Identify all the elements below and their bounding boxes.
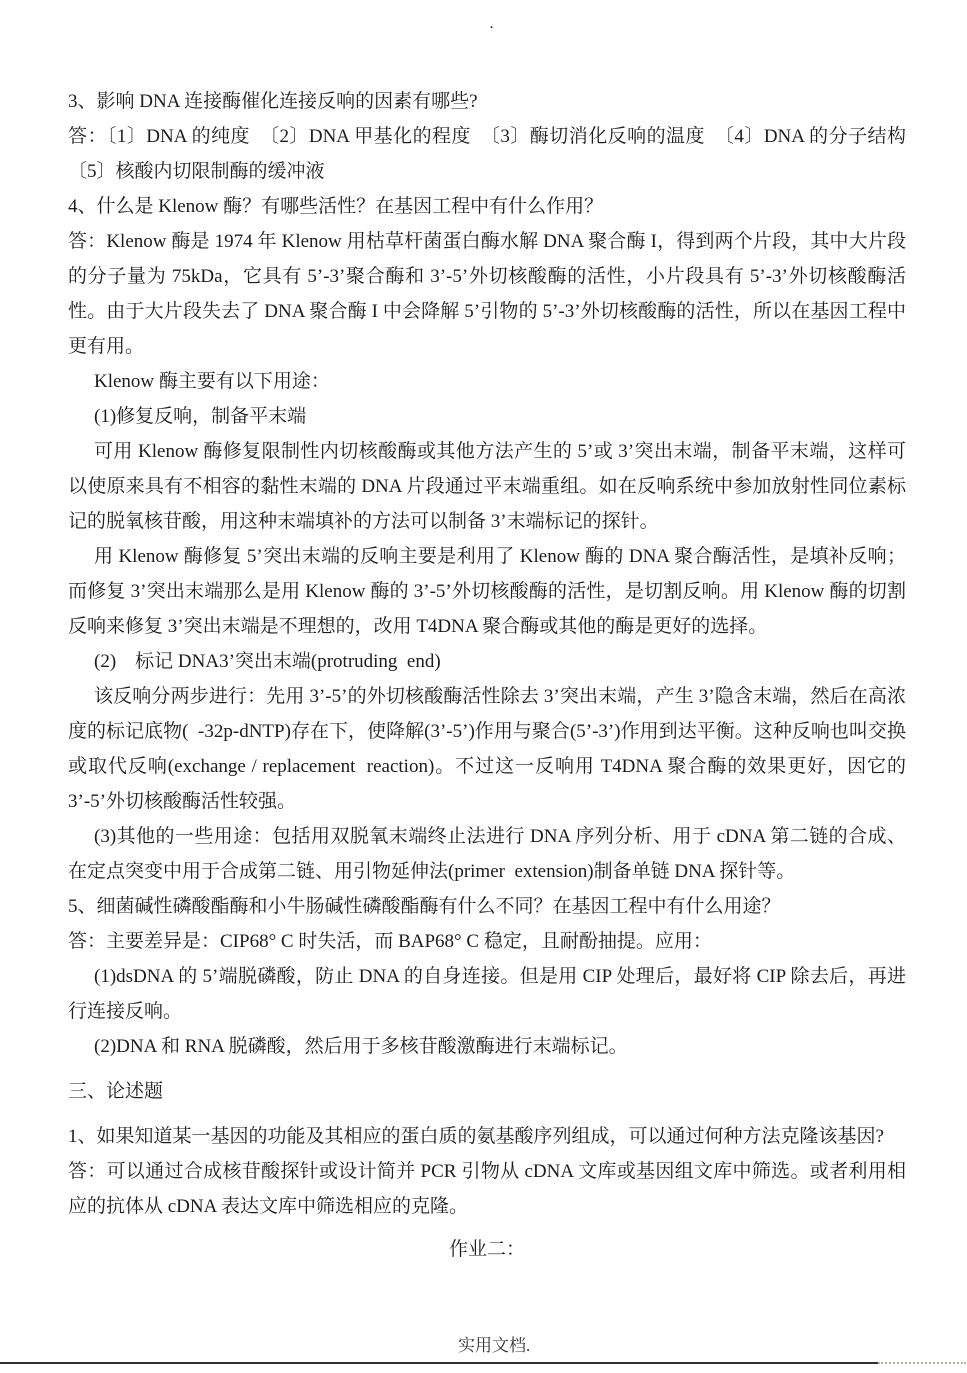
use-1-heading: (1)修复反响，制备平末端 — [68, 399, 906, 434]
question-5: 5、细菌碱性磷酸酯酶和小牛肠碱性磷酸酯酶有什么不同？在基因工程中有什么用途？ — [68, 889, 906, 924]
footer-rule — [0, 1362, 878, 1364]
essay-answer-1: 答：可以通过合成核苷酸探针或设计简并 PCR 引物从 cDNA 文库或基因组文库… — [68, 1154, 906, 1224]
answer-3: 答：〔1〕DNA 的纯度 〔2〕DNA 甲基化的程度 〔3〕酶切消化反响的温度 … — [68, 119, 906, 189]
document-body: 3、影响 DNA 连接酶催化连接反响的因素有哪些? 答：〔1〕DNA 的纯度 〔… — [68, 84, 906, 1267]
answer-4-intro: 答：Klenow 酶是 1974 年 Klenow 用枯草杆菌蛋白酶水解 DNA… — [68, 224, 906, 364]
use-1-body: 可用 Klenow 酶修复限制性内切核酸酶或其他方法产生的 5’或 3’突出末端… — [68, 434, 906, 539]
footer-rule-dashed-tail — [878, 1362, 966, 1364]
use-2-heading: (2) 标记 DNA3’突出末端(protruding end) — [68, 644, 906, 679]
klenow-uses-heading: Klenow 酶主要有以下用途： — [68, 364, 906, 399]
homework-2-title: 作业二： — [68, 1232, 906, 1267]
question-3: 3、影响 DNA 连接酶催化连接反响的因素有哪些? — [68, 84, 906, 119]
section-3-heading: 三、论述题 — [68, 1074, 906, 1109]
stray-dot-mark: . — [490, 18, 493, 30]
use-2-body: 该反响分两步进行：先用 3’-5’的外切核酸酶活性除去 3’突出末端，产生 3’… — [68, 679, 906, 819]
question-4: 4、什么是 Klenow 酶？有哪些活性？在基因工程中有什么作用？ — [68, 189, 906, 224]
answer-5-item-2: (2)DNA 和 RNA 脱磷酸，然后用于多核苷酸激酶进行末端标记。 — [68, 1029, 906, 1064]
answer-5-intro: 答：主要差异是：CIP68° C 时失活，而 BAP68° C 稳定，且耐酚抽提… — [68, 924, 906, 959]
document-page: { "page": { "background": "#ffffff", "te… — [0, 0, 967, 1373]
answer-5-item-1: (1)dsDNA 的 5’端脱磷酸，防止 DNA 的自身连接。但是用 CIP 处… — [68, 959, 906, 1029]
use-1-repair-detail: 用 Klenow 酶修复 5’突出末端的反响主要是利用了 Klenow 酶的 D… — [68, 539, 906, 644]
footer-label: 实用文档. — [458, 1334, 530, 1358]
use-3-other: (3)其他的一些用途：包括用双脱氧末端终止法进行 DNA 序列分析、用于 cDN… — [68, 819, 906, 889]
essay-question-1: 1、如果知道某一基因的功能及其相应的蛋白质的氨基酸序列组成，可以通过何种方法克隆… — [68, 1119, 906, 1154]
